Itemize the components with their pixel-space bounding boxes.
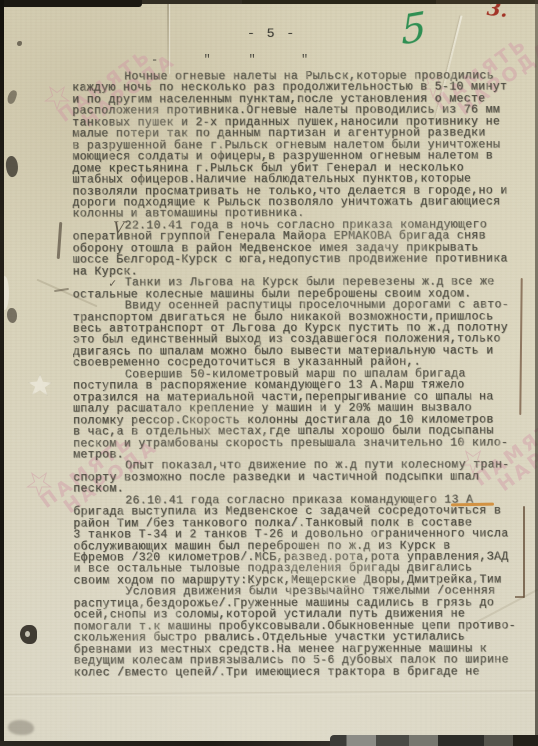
- pencil-margin-line: [57, 222, 62, 259]
- scan-edge: [0, 741, 345, 746]
- paper-stain: [7, 308, 17, 323]
- paragraph: 22.10.41 года в ночь согласно приказа ко…: [73, 219, 525, 277]
- paragraph: Условия движения были чрезвычайно тяжелы…: [74, 586, 526, 679]
- typed-page-number: - 5 -: [247, 26, 296, 41]
- paper-stain: [17, 41, 22, 46]
- handwritten-green-page-number: 5: [400, 7, 426, 52]
- paragraph: Опыт показал,что движение по ж.д пути ко…: [73, 460, 525, 496]
- paper-hole: [28, 374, 52, 396]
- paragraph: 26.10.41 года согласно приказа командующ…: [73, 494, 525, 587]
- typewritten-text: Ночные огневые налеты на Рыльск,которые …: [72, 70, 526, 678]
- paper-stain: [4, 155, 19, 178]
- paper-stain: [20, 625, 37, 644]
- scan-edge: [330, 735, 538, 746]
- paper-crease: [0, 690, 538, 697]
- scanned-document-page: ☆ ПАМЯТЬНАРОДА ☆ ПАМЯТЬНАРОДА ☆ ПАМЯТЬНА…: [0, 0, 538, 746]
- text-line: колес /вместо цепей/.Три имеющиеся тракт…: [74, 666, 526, 679]
- paragraph: Ввиду осенней распутицы проселочными дор…: [73, 299, 525, 369]
- pencil-margin-mark: [54, 288, 69, 292]
- scan-edge: [0, 0, 142, 7]
- paper-stain: [6, 89, 18, 105]
- paper-smudge: [8, 720, 34, 735]
- paragraph: Совершив 50-километровый марш по шпалам …: [73, 368, 525, 461]
- paragraph: Танки из Льгова на Курск были перевезены…: [73, 277, 525, 301]
- separator-marks: - " " ": [151, 53, 309, 67]
- scan-edge: [0, 0, 4, 746]
- paragraph: Ночные огневые налеты на Рыльск,которые …: [72, 70, 524, 220]
